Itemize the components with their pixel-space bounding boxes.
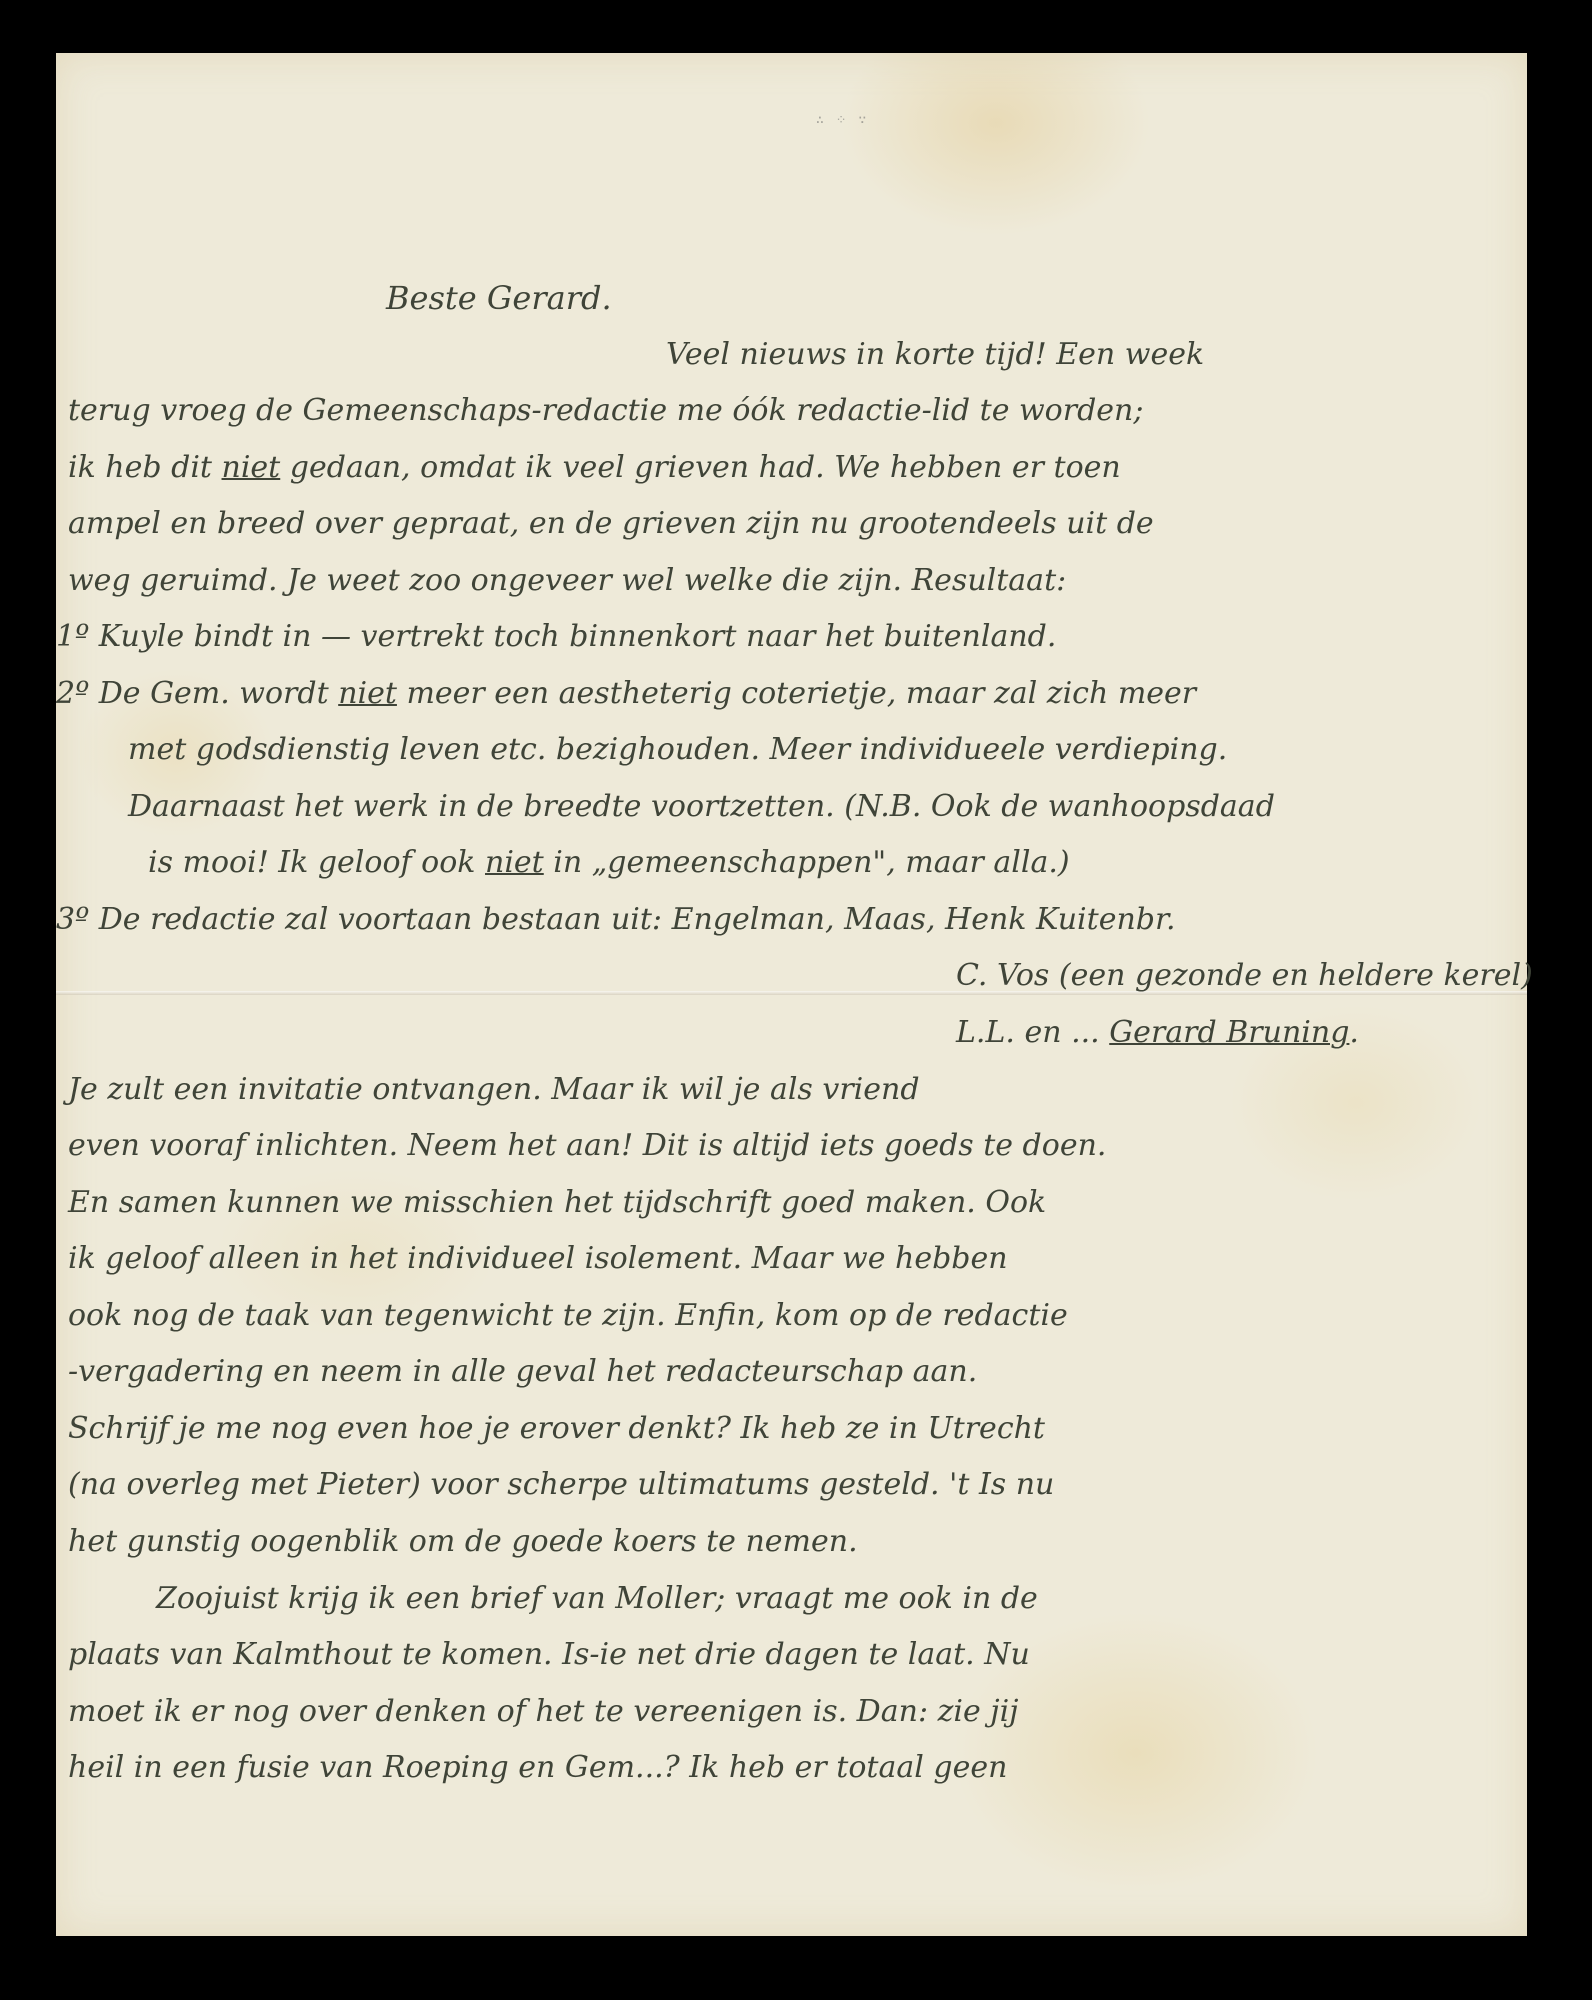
letter-line: moet ik er nog over denken of het te ver…: [68, 1692, 1018, 1732]
list-item-1: 1º Kuyle bindt in — vertrekt toch binnen…: [56, 617, 1056, 657]
letter-line: weg geruimd. Je weet zoo ongeveer wel we…: [68, 561, 1066, 601]
list-item-2: 2º De Gem. wordt niet meer een aestheter…: [56, 674, 1196, 714]
letter-line: En samen kunnen we misschien het tijdsch…: [68, 1183, 1046, 1223]
letter-line: -vergadering en neem in alle geval het r…: [68, 1352, 977, 1392]
underlined-word: niet: [222, 450, 281, 485]
underlined-word: Gerard Bruning: [1109, 1015, 1349, 1050]
letter-line: ook nog de taak van tegenwicht te zijn. …: [68, 1296, 1068, 1336]
letter-line: Daarnaast het werk in de breedte voortze…: [128, 787, 1275, 827]
list-item-3: 3º De redactie zal voortaan bestaan uit:…: [56, 900, 1176, 940]
letter-line: ik heb dit niet gedaan, omdat ik veel gr…: [68, 448, 1121, 488]
letter-line: het gunstig oogenblik om de goede koers …: [68, 1522, 858, 1562]
letter-line: Schrijf je me nog even hoe je erover den…: [68, 1409, 1045, 1449]
letter-line: met godsdienstig leven etc. bezighouden.…: [128, 730, 1227, 770]
letter-line: ik geloof alleen in het individueel isol…: [68, 1239, 1008, 1279]
editor-name-line: C. Vos (een gezonde en heldere kerel): [956, 956, 1533, 996]
underlined-word: niet: [485, 845, 544, 880]
letter-line: is mooi! Ik geloof ook niet in „gemeensc…: [148, 843, 1070, 883]
letter-line: (na overleg met Pieter) voor scherpe ult…: [68, 1465, 1054, 1505]
underlined-word: niet: [338, 676, 397, 711]
letter-line: even vooraf inlichten. Neem het aan! Dit…: [68, 1126, 1106, 1166]
letter-paper: ∴ ⁘ ∵ Beste Gerard. Veel nieuws in korte…: [56, 53, 1527, 1936]
letter-line: Veel nieuws in korte tijd! Een week: [666, 335, 1204, 375]
letter-body: Beste Gerard. Veel nieuws in korte tijd!…: [56, 53, 1527, 1936]
salutation: Beste Gerard.: [386, 278, 612, 318]
editor-name-line-bruning: L.L. en ... Gerard Bruning.: [956, 1013, 1359, 1053]
letter-line: heil in een fusie van Roeping en Gem...?…: [68, 1748, 1007, 1788]
letter-line: plaats van Kalmthout te komen. Is-ie net…: [68, 1635, 1030, 1675]
letter-line: terug vroeg de Gemeenschaps-redactie me …: [68, 391, 1143, 431]
letter-line: ampel en breed over gepraat, en de griev…: [68, 504, 1154, 544]
letter-line: Zoojuist krijg ik een brief van Moller; …: [156, 1579, 1038, 1619]
letter-line: Je zult een invitatie ontvangen. Maar ik…: [68, 1070, 920, 1110]
